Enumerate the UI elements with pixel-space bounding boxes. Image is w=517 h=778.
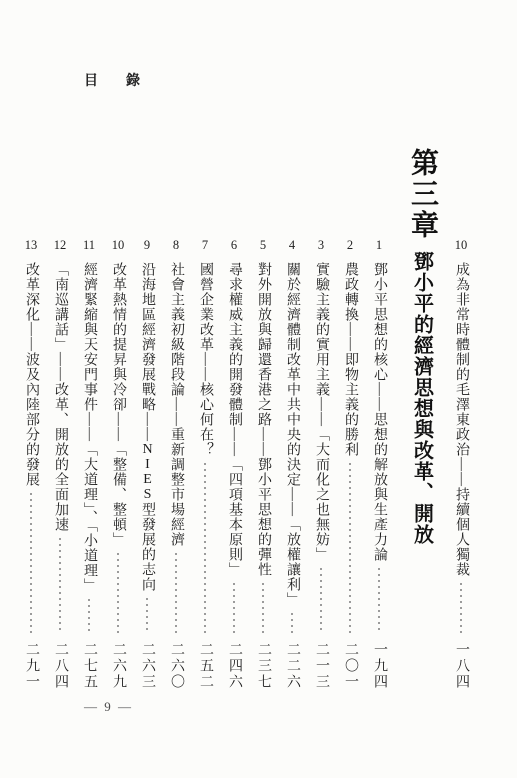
entry-title: 國營企業改革——核心何在？ <box>195 262 215 457</box>
entry-number: 2 <box>347 238 353 253</box>
entry-page-number: 二九一 <box>21 642 41 690</box>
toc-entry: 11 經濟緊縮與天安門事件——「大道理」、「小道理」 二七五 <box>79 238 99 690</box>
toc-entry: 8 社會主義初級階段論——重新調整市場經濟 二六〇 <box>166 238 186 690</box>
entry-number: 8 <box>173 238 179 253</box>
entry-number: 5 <box>260 238 266 253</box>
toc-entry: 12 「南巡講話」——改革、開放的全面加速 二八四 <box>50 238 70 690</box>
entry-title: 「南巡講話」——改革、開放的全面加速 <box>50 262 70 532</box>
entry-page-number: 一八四 <box>451 642 471 690</box>
leader-dots <box>59 538 61 633</box>
entry-number: 4 <box>289 238 295 253</box>
entry-title: 沿海地區經濟發展戰略——NIES型發展的志向 <box>137 262 157 592</box>
entry-title: 成為非常時體制的毛澤東政治——持續個人獨裁 <box>451 262 471 577</box>
toc-entry: 6 尋求權威主義的開發體制——「四項基本原則」 二四六 <box>224 238 244 690</box>
chapter-heading: 第三章 鄧小平的經濟思想與改革、開放 <box>402 148 442 690</box>
entry-page-number: 二六三 <box>137 642 157 690</box>
leader-dots <box>175 553 177 633</box>
leader-dots <box>291 613 293 633</box>
entry-title: 農政轉換——即物主義的勝利 <box>340 262 360 457</box>
entry-number: 10 <box>455 238 468 253</box>
toc-entry: 4 關於經濟體制改革中共中央的決定——「放權讓利」 二二六 <box>282 238 302 690</box>
entry-page-number: 二〇一 <box>340 642 360 690</box>
page-header: 目 錄 <box>84 70 147 90</box>
entry-number: 7 <box>202 238 208 253</box>
entry-title: 鄧小平思想的核心——思想的解放與生產力論 <box>369 262 389 562</box>
entry-number: 11 <box>83 238 95 253</box>
leader-dots <box>349 463 351 633</box>
entry-title: 實驗主義的實用主義——「大而化之也無妨」 <box>311 262 331 562</box>
entry-page-number: 二六九 <box>108 642 128 690</box>
entry-number: 3 <box>318 238 324 253</box>
toc-entry: 1 鄧小平思想的核心——思想的解放與生產力論 一九四 <box>369 238 389 690</box>
entry-title: 社會主義初級階段論——重新調整市場經濟 <box>166 262 186 547</box>
toc-entry: 5 對外開放與歸還香港之路——鄧小平思想的彈性 二三七 <box>253 238 273 690</box>
entry-title: 對外開放與歸還香港之路——鄧小平思想的彈性 <box>253 262 273 577</box>
book-toc-page: 目 錄 10 成為非常時體制的毛澤東政治——持續個人獨裁 一八四 第三章 鄧小平… <box>0 0 517 778</box>
entry-page-number: 二八四 <box>50 642 70 690</box>
leader-dots <box>146 598 148 633</box>
toc-entry: 10 改革熱情的提昇與冷卻——「整備、整頓」 二六九 <box>108 238 128 690</box>
entry-title: 尋求權威主義的開發體制——「四項基本原則」 <box>224 262 244 577</box>
entry-number: 6 <box>231 238 237 253</box>
entry-page-number: 二二六 <box>282 642 302 690</box>
leader-dots <box>233 583 235 633</box>
toc-entry: 3 實驗主義的實用主義——「大而化之也無妨」 二一三 <box>311 238 331 690</box>
entry-title: 改革深化——波及內陸部分的發展 <box>21 262 41 487</box>
entry-title: 改革熱情的提昇與冷卻——「整備、整頓」 <box>108 262 128 547</box>
toc-entry: 13 改革深化——波及內陸部分的發展 二九一 <box>21 238 41 690</box>
leader-dots <box>204 463 206 633</box>
leader-dots <box>88 599 90 633</box>
entry-page-number: 二五二 <box>195 642 215 690</box>
toc-entry: 9 沿海地區經濟發展戰略——NIES型發展的志向 二六三 <box>137 238 157 690</box>
entry-number: 12 <box>54 238 67 253</box>
toc-body: 10 成為非常時體制的毛澤東政治——持續個人獨裁 一八四 第三章 鄧小平的經濟思… <box>12 238 471 690</box>
entry-page-number: 二四六 <box>224 642 244 690</box>
entry-number: 10 <box>112 238 125 253</box>
leader-dots <box>460 583 462 633</box>
entry-page-number: 一九四 <box>369 642 389 690</box>
entry-title: 關於經濟體制改革中共中央的決定——「放權讓利」 <box>282 262 302 607</box>
entry-title: 經濟緊縮與天安門事件——「大道理」、「小道理」 <box>79 262 99 593</box>
leader-dots <box>262 583 264 633</box>
toc-entry: 7 國營企業改革——核心何在？ 二五二 <box>195 238 215 690</box>
entry-number: 9 <box>144 238 150 253</box>
entry-page-number: 二七五 <box>79 642 99 690</box>
entry-number: 13 <box>25 238 38 253</box>
chapter-number: 第三章 <box>402 148 442 241</box>
entry-page-number: 二三七 <box>253 642 273 690</box>
page-number-footer: — 9 — <box>84 699 133 715</box>
leader-dots <box>30 493 32 633</box>
leader-dots <box>320 568 322 633</box>
leader-dots <box>378 568 380 633</box>
chapter-title: 鄧小平的經濟思想與改革、開放 <box>408 251 437 545</box>
entry-page-number: 二一三 <box>311 642 331 690</box>
entry-number: 1 <box>376 238 382 253</box>
toc-entry: 10 成為非常時體制的毛澤東政治——持續個人獨裁 一八四 <box>451 238 471 690</box>
toc-entry: 2 農政轉換——即物主義的勝利 二〇一 <box>340 238 360 690</box>
leader-dots <box>117 553 119 633</box>
entry-page-number: 二六〇 <box>166 642 186 690</box>
